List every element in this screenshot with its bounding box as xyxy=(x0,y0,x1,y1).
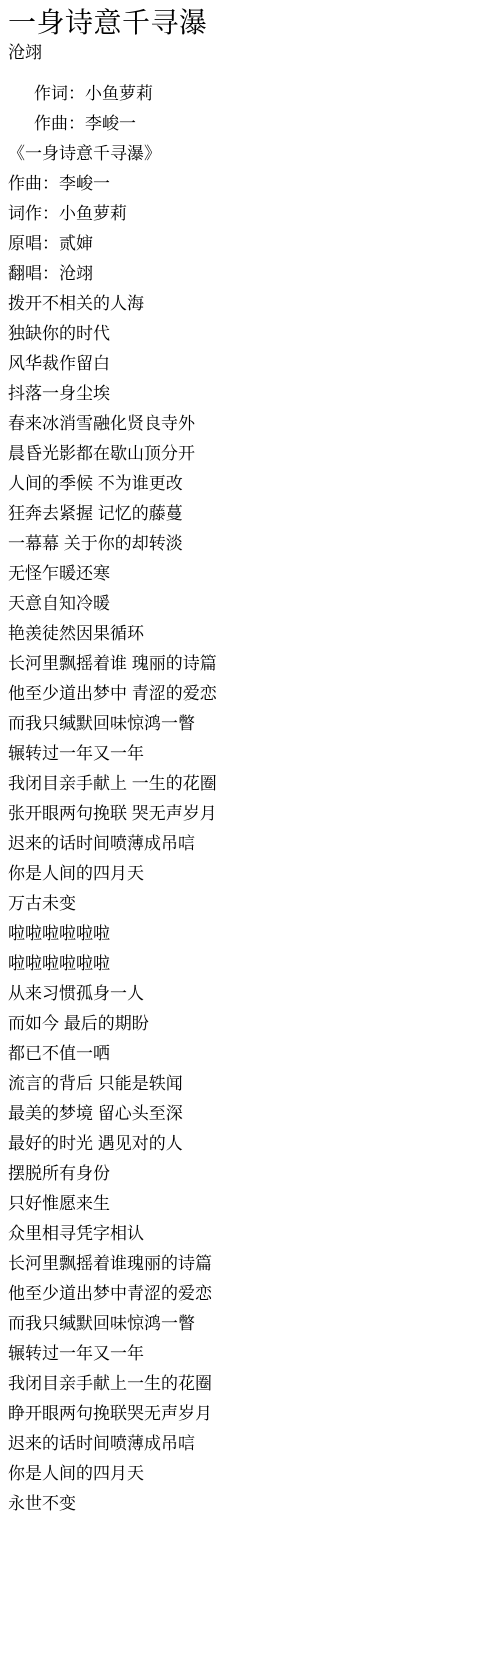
lyric-line: 他至少道出梦中青涩的爱恋 xyxy=(8,1279,492,1309)
lyric-line: 永世不变 xyxy=(8,1489,492,1519)
lyric-line: 作词：小鱼萝莉 xyxy=(8,79,492,109)
lyrics-block: 作词：小鱼萝莉作曲：李峻一《一身诗意千寻瀑》作曲：李峻一词作：小鱼萝莉原唱：贰婶… xyxy=(8,79,492,1519)
lyric-line: 一幕幕 关于你的却转淡 xyxy=(8,529,492,559)
page-title: 一身诗意千寻瀑 xyxy=(8,6,492,40)
lyric-line: 最美的梦境 留心头至深 xyxy=(8,1099,492,1129)
lyric-line: 只好惟愿来生 xyxy=(8,1189,492,1219)
lyric-line: 迟来的话时间喷薄成吊唁 xyxy=(8,829,492,859)
lyric-line: 你是人间的四月天 xyxy=(8,1459,492,1489)
lyric-line: 原唱：贰婶 xyxy=(8,229,492,259)
lyric-line: 长河里飘摇着谁 瑰丽的诗篇 xyxy=(8,649,492,679)
lyric-line: 从来习惯孤身一人 xyxy=(8,979,492,1009)
lyric-line: 而如今 最后的期盼 xyxy=(8,1009,492,1039)
lyric-line: 艳羡徒然因果循环 xyxy=(8,619,492,649)
lyrics-page: 一身诗意千寻瀑 沧翊 作词：小鱼萝莉作曲：李峻一《一身诗意千寻瀑》作曲：李峻一词… xyxy=(0,0,500,1519)
lyric-line: 摆脱所有身份 xyxy=(8,1159,492,1189)
lyric-line: 辗转过一年又一年 xyxy=(8,739,492,769)
lyric-line: 人间的季候 不为谁更改 xyxy=(8,469,492,499)
lyric-line: 最好的时光 遇见对的人 xyxy=(8,1129,492,1159)
lyric-line: 都已不值一哂 xyxy=(8,1039,492,1069)
lyric-line: 长河里飘摇着谁瑰丽的诗篇 xyxy=(8,1249,492,1279)
lyric-line: 我闭目亲手献上一生的花圈 xyxy=(8,1369,492,1399)
lyric-line: 作曲：李峻一 xyxy=(8,109,492,139)
lyric-line: 抖落一身尘埃 xyxy=(8,379,492,409)
lyric-line: 他至少道出梦中 青涩的爱恋 xyxy=(8,679,492,709)
lyric-line: 而我只缄默回味惊鸿一瞥 xyxy=(8,709,492,739)
lyric-line: 众里相寻凭字相认 xyxy=(8,1219,492,1249)
lyric-line: 张开眼两句挽联 哭无声岁月 xyxy=(8,799,492,829)
lyric-line: 独缺你的时代 xyxy=(8,319,492,349)
lyric-line: 翻唱：沧翊 xyxy=(8,259,492,289)
lyric-line: 风华裁作留白 xyxy=(8,349,492,379)
lyric-line: 辗转过一年又一年 xyxy=(8,1339,492,1369)
lyric-line: 晨昏光影都在歇山顶分开 xyxy=(8,439,492,469)
lyric-line: 无怪乍暖还寒 xyxy=(8,559,492,589)
lyric-line: 睁开眼两句挽联哭无声岁月 xyxy=(8,1399,492,1429)
lyric-line: 啦啦啦啦啦啦 xyxy=(8,919,492,949)
lyric-line: 啦啦啦啦啦啦 xyxy=(8,949,492,979)
lyric-line: 词作：小鱼萝莉 xyxy=(8,199,492,229)
lyric-line: 狂奔去紧握 记忆的藤蔓 xyxy=(8,499,492,529)
lyric-line: 而我只缄默回味惊鸿一瞥 xyxy=(8,1309,492,1339)
lyric-line: 流言的背后 只能是轶闻 xyxy=(8,1069,492,1099)
lyric-line: 迟来的话时间喷薄成吊唁 xyxy=(8,1429,492,1459)
lyric-line: 万古未变 xyxy=(8,889,492,919)
lyric-line: 我闭目亲手献上 一生的花圈 xyxy=(8,769,492,799)
lyric-line: 你是人间的四月天 xyxy=(8,859,492,889)
lyric-line: 拨开不相关的人海 xyxy=(8,289,492,319)
lyric-line: 《一身诗意千寻瀑》 xyxy=(8,139,492,169)
artist-name: 沧翊 xyxy=(8,41,492,65)
lyric-line: 天意自知冷暖 xyxy=(8,589,492,619)
lyric-line: 春来冰消雪融化贤良寺外 xyxy=(8,409,492,439)
lyric-line: 作曲：李峻一 xyxy=(8,169,492,199)
